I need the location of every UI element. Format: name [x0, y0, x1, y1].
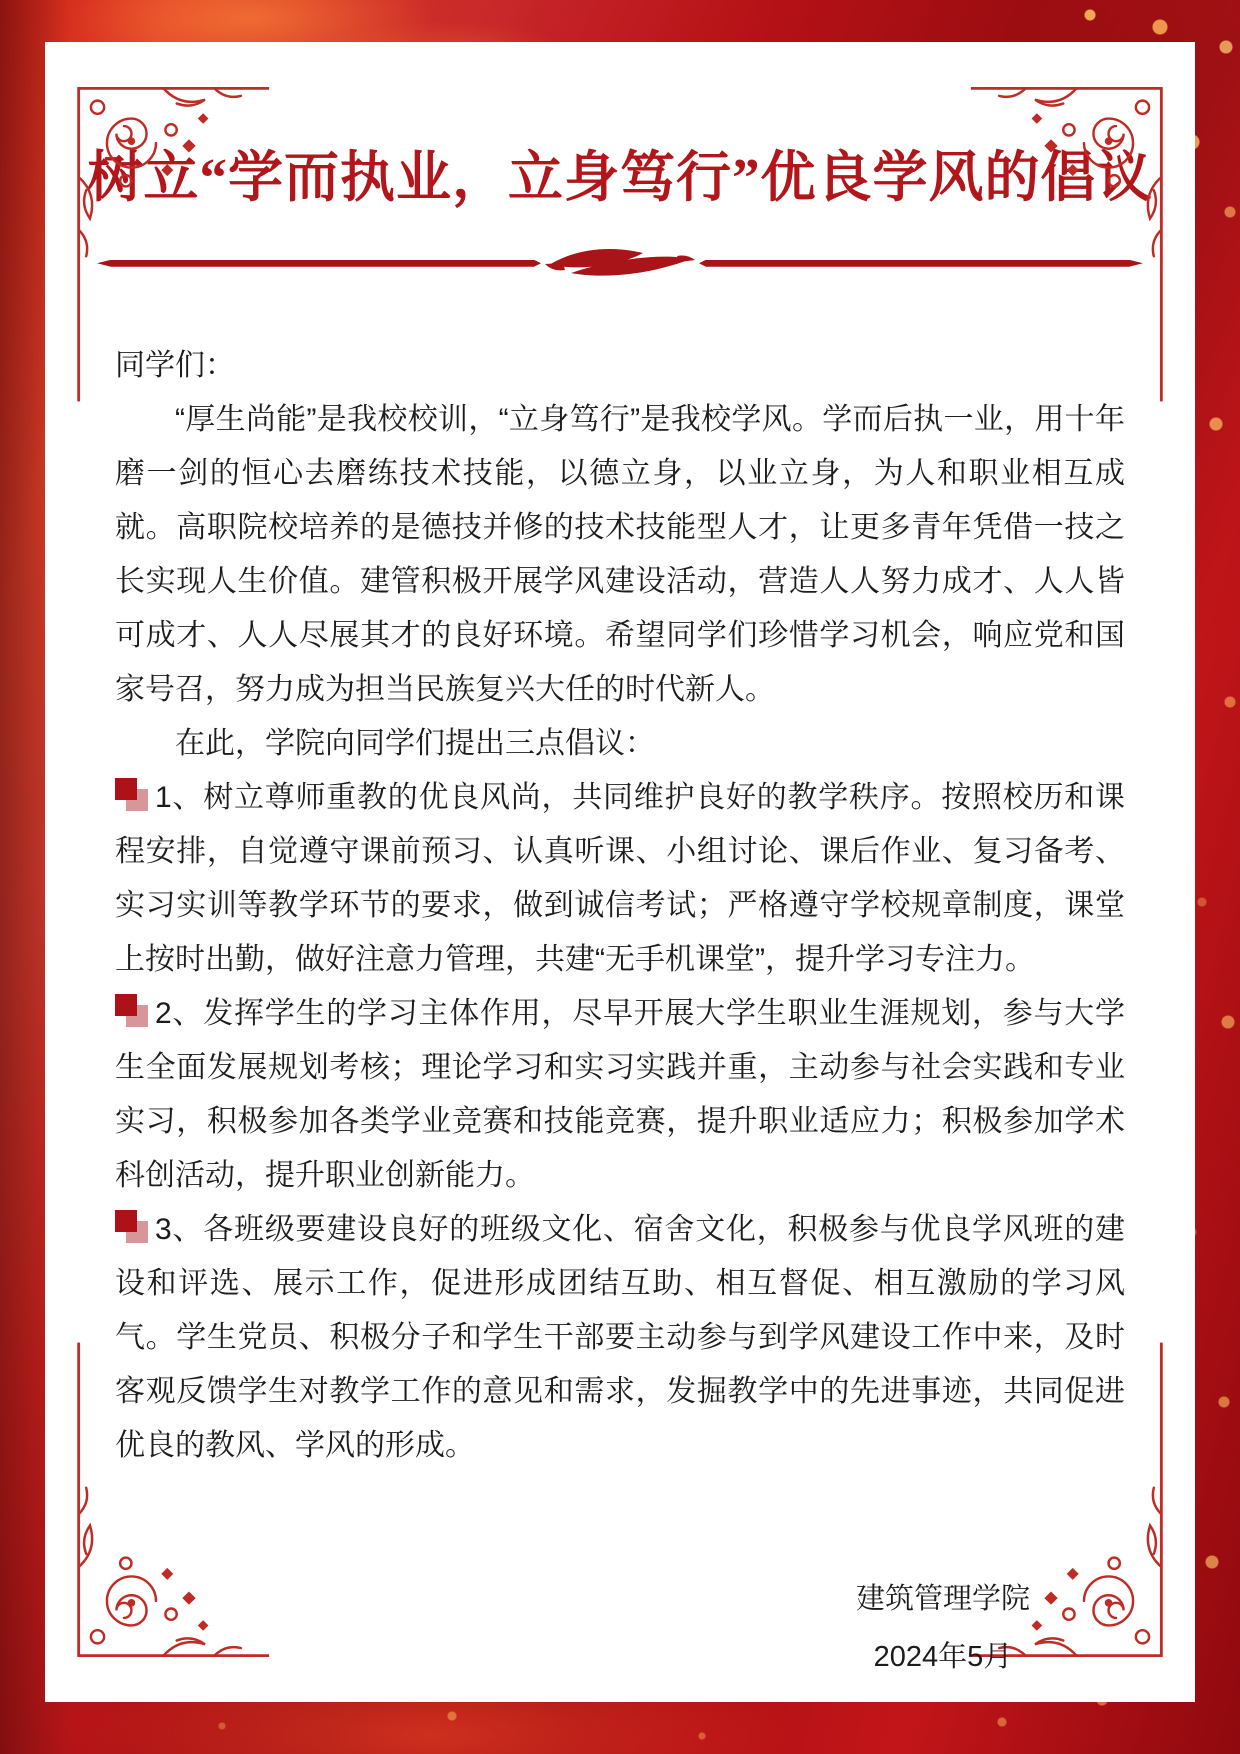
- signature-block: 建筑管理学院 2024年5月: [856, 1570, 1030, 1686]
- letter-body: 同学们： “厚生尚能”是我校校训，“立身笃行”是我校学风。学而后执一业，用十年磨…: [45, 285, 1195, 1473]
- proposal-item-2: 2、发挥学生的学习主体作用，尽早开展大学生职业生涯规划，参与大学生全面发展规划考…: [115, 987, 1125, 1203]
- proposal-text-1: 1、树立尊师重教的优良风尚，共同维护良好的教学秩序。按照校历和课程安排，自觉遵守…: [115, 781, 1125, 976]
- corner-ornament-top-right-icon: [969, 82, 1167, 404]
- square-bullet-icon: [115, 1213, 155, 1243]
- corner-ornament-top-left-icon: [73, 82, 271, 404]
- signature-date: 2024年5月: [856, 1628, 1030, 1686]
- square-bullet-icon: [115, 997, 155, 1027]
- corner-ornament-bottom-left-icon: [73, 1340, 271, 1662]
- proposal-text-2: 2、发挥学生的学习主体作用，尽早开展大学生职业生涯规划，参与大学生全面发展规划考…: [115, 997, 1125, 1192]
- proposal-item-1: 1、树立尊师重教的优良风尚，共同维护良好的教学秩序。按照校历和课程安排，自觉遵守…: [115, 771, 1125, 987]
- square-bullet-icon: [115, 781, 155, 811]
- signature-org: 建筑管理学院: [856, 1570, 1030, 1628]
- intro-paragraph: “厚生尚能”是我校校训，“立身笃行”是我校学风。学而后执一业，用十年磨一剑的恒心…: [115, 393, 1125, 717]
- divider-bar-right: [699, 260, 1143, 267]
- divider-bar-left: [97, 260, 541, 267]
- poster-background: { "header": { "title": "树立“学而执业，立身笃行”优良学…: [0, 0, 1240, 1754]
- feather-ornament-icon: [545, 241, 695, 285]
- document-card: 树立“学而执业，立身笃行”优良学风的倡议 同学们： “厚生尚能”是我校校训，“立…: [45, 42, 1195, 1702]
- proposals-lead: 在此，学院向同学们提出三点倡议：: [115, 717, 1125, 771]
